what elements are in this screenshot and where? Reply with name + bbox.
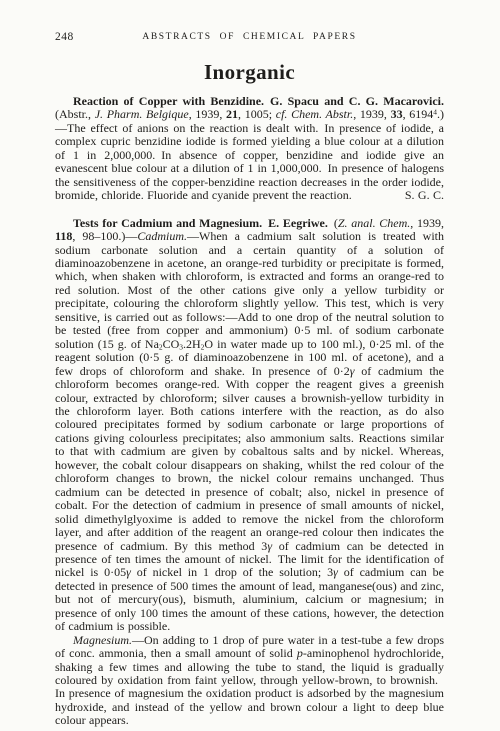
text-segment: of cadmium the chloroform becomes orange… bbox=[55, 364, 444, 553]
text-segment: Reaction of Copper with Benzidine. G. Sp… bbox=[73, 94, 444, 108]
text-segment: Cadmium. bbox=[137, 229, 187, 243]
abstract-paragraph: Reaction of Copper with Benzidine. G. Sp… bbox=[55, 95, 444, 203]
page-number: 248 bbox=[55, 31, 74, 43]
text-segment: J. Pharm. Belgique bbox=[95, 107, 189, 121]
section-title: Inorganic bbox=[55, 60, 444, 85]
text-segment: 33 bbox=[391, 107, 403, 121]
text-segment: Z. anal. Chem. bbox=[338, 216, 410, 230]
text-segment: 118 bbox=[55, 229, 72, 243]
text-segment: , 1939, bbox=[189, 107, 226, 121]
abstract-cadmium-magnesium: Tests for Cadmium and Magnesium. E. Eegr… bbox=[55, 217, 444, 728]
journal-page: 248 ABSTRACTS OF CHEMICAL PAPERS Inorgan… bbox=[0, 0, 500, 731]
text-segment: , 1939, bbox=[353, 107, 390, 121]
text-segment: .)—The effect of anions on the reaction … bbox=[55, 107, 444, 202]
text-segment: , 98–100.)— bbox=[72, 229, 137, 243]
text-segment: cf. Chem. Abstr. bbox=[276, 107, 353, 121]
abstractor-initials: S. G. C. bbox=[387, 189, 444, 202]
text-segment: , 1939, bbox=[410, 216, 444, 230]
text-segment: 21 bbox=[226, 107, 238, 121]
text-segment: CO bbox=[163, 337, 180, 351]
running-header-title: ABSTRACTS OF CHEMICAL PAPERS bbox=[55, 31, 444, 42]
text-segment: —When a cadmium salt solution is treated… bbox=[55, 229, 444, 351]
page-header: 248 ABSTRACTS OF CHEMICAL PAPERS bbox=[55, 31, 444, 45]
abstract-paragraph: Tests for Cadmium and Magnesium. E. Eegr… bbox=[55, 217, 444, 634]
text-segment: , 6194 bbox=[403, 107, 434, 121]
text-segment: of nickel in 1 drop of the solution; 3 bbox=[131, 565, 333, 579]
text-segment: , 1005; bbox=[238, 107, 276, 121]
text-segment: .2H bbox=[183, 337, 201, 351]
text-segment: (Abstr., bbox=[55, 107, 95, 121]
abstract-copper-benzidine: Reaction of Copper with Benzidine. G. Sp… bbox=[55, 95, 444, 203]
text-segment: Tests for Cadmium and Magnesium. E. Eegr… bbox=[73, 216, 334, 230]
abstract-paragraph: Magnesium.—On adding to 1 drop of pure w… bbox=[55, 634, 444, 728]
text-segment: Magnesium. bbox=[73, 633, 132, 647]
